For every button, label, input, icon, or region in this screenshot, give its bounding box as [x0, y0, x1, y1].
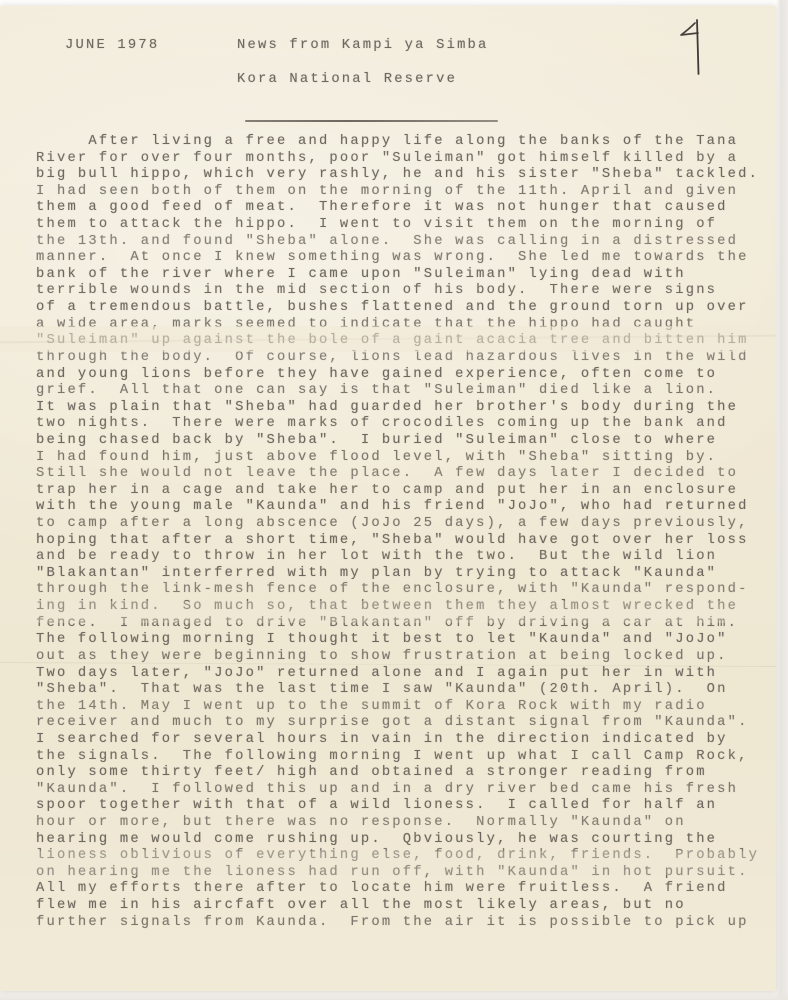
scan-edge-bottom	[0, 991, 788, 1000]
typed-line: out as they were beginning to show frust…	[36, 649, 776, 666]
typed-line: with the young male "Kaunda" and his fri…	[36, 499, 776, 516]
typed-line: to camp after a long abscence (JoJo 25 d…	[36, 516, 776, 533]
typed-line: terrible wounds in the mid section of hi…	[36, 283, 776, 300]
typed-line: a wide area, marks seemed to indicate th…	[36, 317, 776, 334]
typed-line: through the body. Of course, lions lead …	[36, 350, 776, 367]
letter-subtitle: Kora National Reserve	[237, 72, 457, 87]
header-underline	[245, 120, 498, 122]
typed-line: hoping that after a short time, "Sheba" …	[36, 533, 776, 550]
typed-line: big bull hippo, which very rashly, he an…	[36, 167, 776, 184]
scanned-letter: JUNE 1978 News from Kampi ya Simba Kora …	[0, 0, 788, 1000]
typed-line: It was plain that "Sheba" had guarded he…	[36, 400, 776, 417]
typed-line: and be ready to throw in her lot with th…	[36, 549, 776, 566]
typed-line: grief. All that one can say is that "Sul…	[36, 383, 776, 400]
typed-line: being chased back by "Sheba". I buried "…	[36, 433, 776, 450]
typed-line: All my efforts there after to locate him…	[36, 881, 776, 898]
typed-line: spoor together with that of a wild lione…	[36, 798, 776, 815]
typed-line: and young lions before they have gained …	[36, 367, 776, 384]
scan-edge-right	[776, 0, 788, 1000]
typed-line: I had seen both of them on the morning o…	[36, 184, 776, 201]
typed-line: fence. I managed to drive "Blakantan" of…	[36, 616, 776, 633]
typed-line: "Sheba". That was the last time I saw "K…	[36, 682, 776, 699]
typed-line: lioness oblivious of everything else, fo…	[36, 848, 776, 865]
typed-line: flew me in his aircfaft over all the mos…	[36, 898, 776, 915]
typed-line: further signals from Kaunda. From the ai…	[36, 915, 776, 932]
letter-date: JUNE 1978	[65, 38, 159, 53]
typed-line: two nights. There were marks of crocodil…	[36, 416, 776, 433]
handwritten-four-icon	[668, 14, 716, 94]
typed-line: River for over four months, poor "Suleim…	[36, 151, 776, 168]
typed-line: I had found him, just above flood level,…	[36, 450, 776, 467]
paper: JUNE 1978 News from Kampi ya Simba Kora …	[0, 6, 776, 991]
handwritten-page-number: 4	[668, 14, 716, 94]
typed-line: hearing me would come rushing up. Qbviou…	[36, 832, 776, 849]
typed-line: "Suleiman" up against the bole of a gain…	[36, 333, 776, 350]
typed-line: them to attack the hippo. I went to visi…	[36, 217, 776, 234]
typed-line: I searched for several hours in vain in …	[36, 732, 776, 749]
typed-line: the signals. The following morning I wen…	[36, 749, 776, 766]
typed-line: of a tremendous battle, bushes flattened…	[36, 300, 776, 317]
typed-line: the 14th. May I went up to the summit of…	[36, 699, 776, 716]
typed-line: through the link-mesh fence of the enclo…	[36, 582, 776, 599]
typed-line: ing in kind. So much so, that between th…	[36, 599, 776, 616]
typed-line: "Kaunda". I followed this up and in a dr…	[36, 782, 776, 799]
typed-line: them a good feed of meat. Therefore it w…	[36, 200, 776, 217]
typed-line: manner. At once I knew something was wro…	[36, 250, 776, 267]
typed-line: on hearing me the lioness had run off, w…	[36, 865, 776, 882]
typed-line: the 13th. and found "Sheba" alone. She w…	[36, 234, 776, 251]
typed-line: "Blakantan" interferred with my plan by …	[36, 566, 776, 583]
typed-line: Two days later, "JoJo" returned alone an…	[36, 666, 776, 683]
typed-line: bank of the river where I came upon "Sul…	[36, 267, 776, 284]
typed-line: trap her in a cage and take her to camp …	[36, 483, 776, 500]
letter-title: News from Kampi ya Simba	[237, 38, 489, 53]
typed-line: Still she would not leave the place. A f…	[36, 466, 776, 483]
typed-line: hour or more, but there was no response.…	[36, 815, 776, 832]
typed-line: After living a free and happy life along…	[36, 134, 776, 151]
typed-line: The following morning I thought it best …	[36, 632, 776, 649]
letter-body: After living a free and happy life along…	[36, 134, 776, 931]
typed-line: only some thirty feet/ high and obtained…	[36, 765, 776, 782]
typed-line: receiver and much to my surprise got a d…	[36, 715, 776, 732]
